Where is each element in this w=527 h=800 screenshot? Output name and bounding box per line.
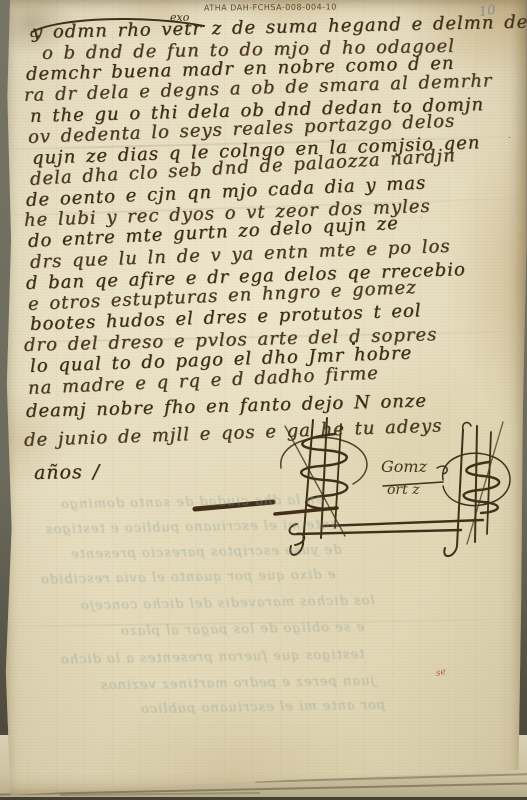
manuscript-page: ATHA DAH-FCHSA-008-004-10 10 exo y odmn … bbox=[0, 0, 527, 800]
manuscript-scan: ATHA DAH-FCHSA-008-004-10 10 exo y odmn … bbox=[0, 0, 527, 800]
bleedthrough-line: testigos que fueron presentes a lo dicho bbox=[60, 647, 365, 667]
bleedthrough-line: los dichos maravedis del dicho concejo bbox=[80, 593, 375, 613]
bleedthrough-line: e se obligo de los pagar al plazo bbox=[120, 620, 365, 639]
bleedthrough-line: por ante mi el escriuano publico bbox=[140, 698, 385, 717]
archival-reference-stamp: ATHA DAH-FCHSA-008-004-10 bbox=[204, 2, 337, 12]
bleedthrough-line: e dixo que por quanto el avia rescibido bbox=[40, 567, 336, 587]
manuscript-line: años / bbox=[34, 461, 101, 484]
signature-name: Gomz bbox=[381, 457, 428, 476]
red-ink-mark: se bbox=[435, 667, 447, 679]
bleedthrough-line: juan perez e pedro martinez vezinos bbox=[100, 674, 375, 694]
